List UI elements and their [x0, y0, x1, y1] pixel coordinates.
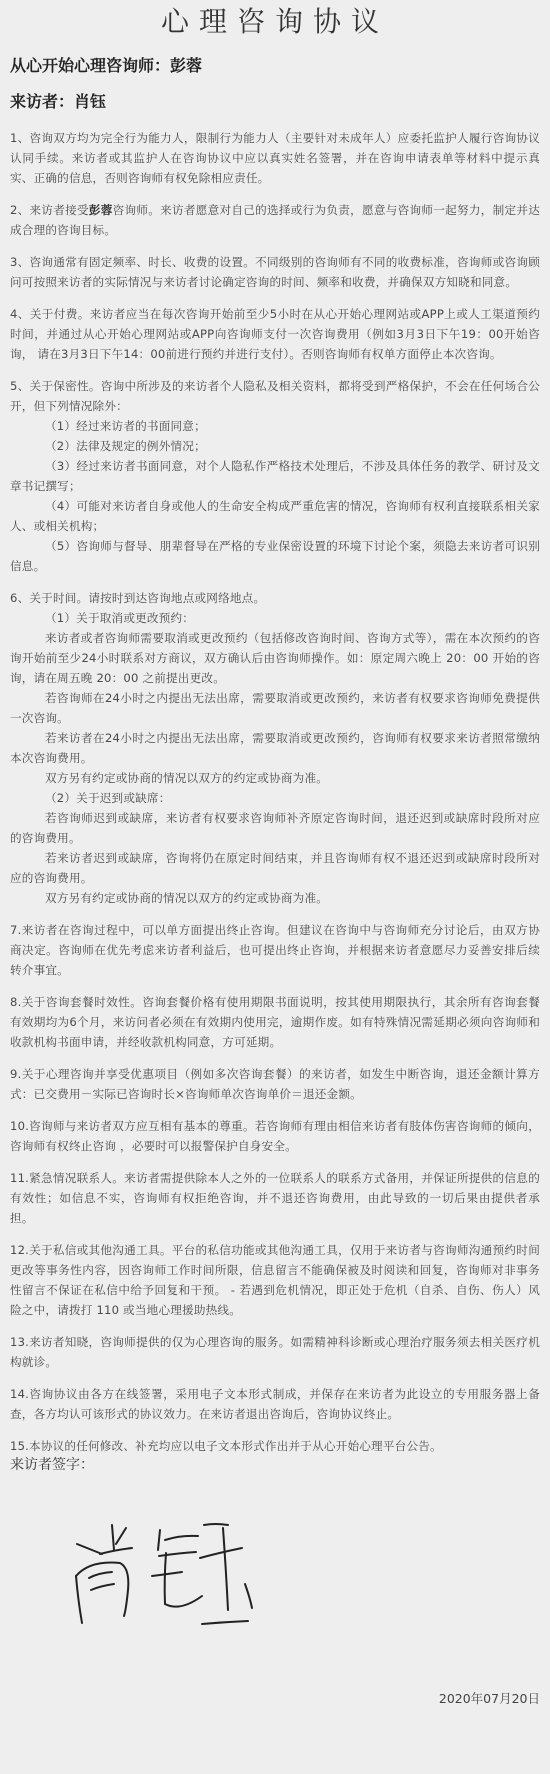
clause-12: 12.关于私信或其他沟通工具。平台的私信功能或其他沟通工具，仅用于来访者与咨询师… [10, 1240, 540, 1320]
sub-item: 来访者或者咨询师需要取消或更改预约（包括修改咨询时间、咨询方式等），需在本次预约… [10, 628, 540, 688]
clause-9: 9.关于心理咨询并享受优惠项目（例如多次咨询套餐）的来访者，如发生中断咨询，退还… [10, 1064, 540, 1104]
sub-item: 若咨询师在24小时之内提出无法出席，需要取消或更改预约，来访者有权要求咨询师免费… [10, 688, 540, 728]
clause-8: 8.关于咨询套餐时效性。咨询套餐价格有使用期限书面说明，按其使用期限执行，其余所… [10, 992, 540, 1052]
clause-text: 9.关于心理咨询并享受优惠项目（例如多次咨询套餐）的来访者，如发生中断咨询，退还… [10, 1064, 540, 1104]
clause-2: 2、来访者接受彭蓉咨询师。来访者愿意对自己的选择或行为负责，愿意与咨询师一起努力… [10, 200, 540, 240]
agreement-clauses: 1、咨询双方均为完全行为能力人，限制行为能力人（主要针对未成年人）应委托监护人履… [0, 128, 550, 1456]
clause-3: 3、咨询通常有固定频率、时长、收费的设置。不同级别的咨询师有不同的收费标准，咨询… [10, 252, 540, 292]
sub-item: 双方另有约定或协商的情况以双方的约定或协商为准。 [10, 888, 540, 908]
sub-item: 若来访者在24小时之内提出无法出席，需要取消或更改预约，咨询师有权要求来访者照常… [10, 728, 540, 768]
clause-text: 2、来访者接受彭蓉咨询师。来访者愿意对自己的选择或行为负责，愿意与咨询师一起努力… [10, 200, 540, 240]
page-title: 心理咨询协议 [0, 0, 550, 46]
clause-text: 15.本协议的任何修改、补充均应以电子文本形式作出并于从心开始心理平台公告。 [10, 1436, 540, 1456]
clause-15: 15.本协议的任何修改、补充均应以电子文本形式作出并于从心开始心理平台公告。 [10, 1436, 540, 1456]
clause-text: 8.关于咨询套餐时效性。咨询套餐价格有使用期限书面说明，按其使用期限执行，其余所… [10, 992, 540, 1052]
clause-4: 4、关于付费。来访者应当在每次咨询开始前至少5小时在从心开始心理网站或APP上或… [10, 304, 540, 364]
counselor-line: 从心开始心理咨询师：彭蓉 [10, 56, 550, 76]
clause-text: 4、关于付费。来访者应当在每次咨询开始前至少5小时在从心开始心理网站或APP上或… [10, 304, 540, 364]
visitor-line: 来访者：肖钰 [10, 92, 550, 112]
clause-text: 5、关于保密性。咨询中所涉及的来访者个人隐私及相关资料，都将受到严格保护，不会在… [10, 376, 540, 416]
visitor-name: 肖钰 [74, 92, 106, 111]
visitor-label: 来访者： [10, 92, 74, 111]
sub-heading: （2）关于迟到或缺席： [10, 788, 540, 808]
sub-item: 双方另有约定或协商的情况以双方的约定或协商为准。 [10, 768, 540, 788]
sub-item: （3）经过来访者书面同意，对个人隐私作严格技术处理后，不涉及具体任务的教学、研讨… [10, 456, 540, 496]
sub-item: （5）咨询师与督导、朋辈督导在严格的专业保密设置的环境下讨论个案，须隐去来访者可… [10, 536, 540, 576]
clause-text: 14.咨询协议由各方在线签署，采用电子文本形式制成，并保存在来访者为此设立的专用… [10, 1384, 540, 1424]
clause-text: 3、咨询通常有固定频率、时长、收费的设置。不同级别的咨询师有不同的收费标准，咨询… [10, 252, 540, 292]
clause-text: 12.关于私信或其他沟通工具。平台的私信功能或其他沟通工具，仅用于来访者与咨询师… [10, 1240, 540, 1320]
signature-date: 2020年07月20日 [439, 1689, 540, 1707]
clause-text: 1、咨询双方均为完全行为能力人，限制行为能力人（主要针对未成年人）应委托监护人履… [10, 128, 540, 188]
clause-11: 11.紧急情况联系人。来访者需提供除本人之外的一位联系人的联系方式备用，并保证所… [10, 1168, 540, 1228]
clause-text: 10.咨询师与来访者双方应互相有基本的尊重。若咨询师有理由相信来访者有肢体伤害咨… [10, 1116, 540, 1156]
sub-heading: （1）关于取消或更改预约： [10, 608, 540, 628]
counselor-name-inline: 彭蓉 [89, 203, 113, 217]
clause-5: 5、关于保密性。咨询中所涉及的来访者个人隐私及相关资料，都将受到严格保护，不会在… [10, 376, 540, 576]
clause-text: 13.来访者知晓，咨询师提供的仅为心理咨询的服务。如需精神科诊断或心理治疗服务须… [10, 1332, 540, 1372]
clause-prefix: 2、来访者接受 [10, 203, 89, 217]
sub-item: （2）法律及规定的例外情况； [10, 436, 540, 456]
counselor-label: 从心开始心理咨询师： [10, 56, 170, 75]
clause-13: 13.来访者知晓，咨询师提供的仅为心理咨询的服务。如需精神科诊断或心理治疗服务须… [10, 1332, 540, 1372]
clause-text: 7.来访者在咨询过程中，可以单方面提出终止咨询。但建议在咨询中与咨询师充分讨论后… [10, 920, 540, 980]
sub-item: 若来访者迟到或缺席，咨询将仍在原定时间结束，并且咨询师有权不退还迟到或缺席时段所… [10, 848, 540, 888]
clause-text: 11.紧急情况联系人。来访者需提供除本人之外的一位联系人的联系方式备用，并保证所… [10, 1168, 540, 1228]
clause-1: 1、咨询双方均为完全行为能力人，限制行为能力人（主要针对未成年人）应委托监护人履… [10, 128, 540, 188]
clause-6: 6、关于时间。请按时到达咨询地点或网络地点。 （1）关于取消或更改预约： 来访者… [10, 588, 540, 908]
signature-label: 来访者签字： [10, 1454, 94, 1474]
counselor-name: 彭蓉 [170, 56, 202, 75]
clause-10: 10.咨询师与来访者双方应互相有基本的尊重。若咨询师有理由相信来访者有肢体伤害咨… [10, 1116, 540, 1156]
handwritten-signature-image [70, 1520, 270, 1630]
sub-item: （1）经过来访者的书面同意； [10, 416, 540, 436]
clause-14: 14.咨询协议由各方在线签署，采用电子文本形式制成，并保存在来访者为此设立的专用… [10, 1384, 540, 1424]
clause-text: 6、关于时间。请按时到达咨询地点或网络地点。 [10, 588, 540, 608]
clause-7: 7.来访者在咨询过程中，可以单方面提出终止咨询。但建议在咨询中与咨询师充分讨论后… [10, 920, 540, 980]
sub-item: （4）可能对来访者自身或他人的生命安全构成严重危害的情况，咨询师有权利直接联系相… [10, 496, 540, 536]
sub-item: 若咨询师迟到或缺席，来访者有权要求咨询师补齐原定咨询时间，退还迟到或缺席时段所对… [10, 808, 540, 848]
